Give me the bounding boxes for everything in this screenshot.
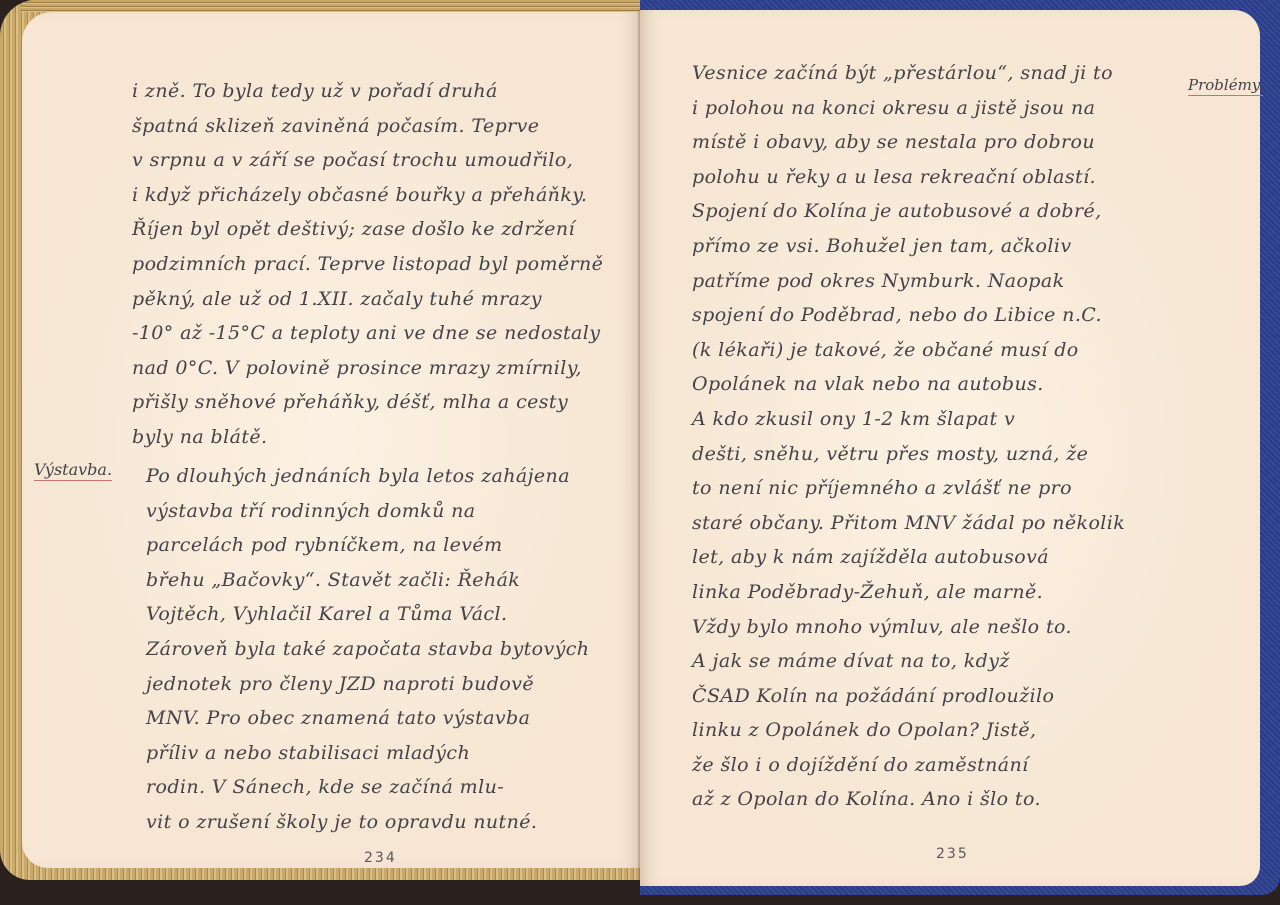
text-line: i polohou na konci okresu a jistě jsou n…	[692, 91, 1125, 126]
text-line: až z Opolan do Kolína. Ano i šlo to.	[692, 782, 1125, 817]
page-number-left: 234	[364, 850, 397, 866]
text-line: staré občany. Přitom MNV žádal po několi…	[692, 506, 1125, 541]
left-page-text-part2: Po dlouhých jednáních byla letos zahájen…	[146, 459, 589, 840]
text-line: nad 0°C. V polovině prosince mrazy zmírn…	[132, 351, 603, 386]
text-line: MNV. Pro obec znamená tato výstavba	[146, 701, 589, 736]
text-line: Vždy bylo mnoho výmluv, ale nešlo to.	[692, 610, 1125, 645]
right-page-text: Vesnice začíná být „přestárlou“, snad ji…	[692, 56, 1125, 817]
text-line: to není nic příjemného a zvlášť ne pro	[692, 471, 1125, 506]
text-line: pěkný, ale už od 1.XII. začaly tuhé mraz…	[132, 282, 603, 317]
text-line: vit o zrušení školy je to opravdu nutné.	[146, 805, 589, 840]
text-line: že šlo i o dojíždění do zaměstnání	[692, 748, 1125, 783]
text-line: rodin. V Sánech, kde se začíná mlu-	[146, 770, 589, 805]
text-line: Vesnice začíná být „přestárlou“, snad ji…	[692, 56, 1125, 91]
text-line: linku z Opolánek do Opolan? Jistě,	[692, 713, 1125, 748]
text-line: přišly sněhové přeháňky, déšť, mlha a ce…	[132, 385, 603, 420]
text-line: i zně. To byla tedy už v pořadí druhá	[132, 74, 603, 109]
book-gutter	[638, 10, 640, 880]
text-line: Vojtěch, Vyhlačil Karel a Tůma Václ.	[146, 597, 589, 632]
text-line: v srpnu a v září se počasí trochu umoudř…	[132, 143, 603, 178]
text-line: linka Poděbrady-Žehuň, ale marně.	[692, 575, 1125, 610]
left-page: i zně. To byla tedy už v pořadí druhá šp…	[22, 12, 640, 868]
text-line: jednotek pro členy JZD naproti budově	[146, 667, 589, 702]
right-page: Problémy. Vesnice začíná být „přestárlou…	[640, 10, 1260, 886]
margin-heading-vystavba: Výstavba.	[34, 460, 112, 481]
text-line: byly na blátě.	[132, 420, 603, 455]
page-number-right: 235	[936, 846, 969, 862]
text-line: Po dlouhých jednáních byla letos zahájen…	[146, 459, 589, 494]
text-line: Opolánek na vlak nebo na autobus.	[692, 367, 1125, 402]
text-line: přímo ze vsi. Bohužel jen tam, ačkoliv	[692, 229, 1125, 264]
text-line: příliv a nebo stabilisaci mladých	[146, 736, 589, 771]
text-line: i když přicházely občasné bouřky a přehá…	[132, 178, 603, 213]
text-line: -10° až -15°C a teploty ani ve dne se ne…	[132, 316, 603, 351]
margin-heading-problemy: Problémy.	[1188, 76, 1263, 96]
text-line: místě i obavy, aby se nestala pro dobrou	[692, 125, 1125, 160]
text-line: Spojení do Kolína je autobusové a dobré,	[692, 194, 1125, 229]
text-line: A kdo zkusil ony 1-2 km šlapat v	[692, 402, 1125, 437]
text-line: polohu u řeky a u lesa rekreační oblastí…	[692, 160, 1125, 195]
text-line: patříme pod okres Nymburk. Naopak	[692, 264, 1125, 299]
gilded-top-edge	[20, 0, 640, 12]
text-line: (k lékaři) je takové, že občané musí do	[692, 333, 1125, 368]
text-line: spojení do Poděbrad, nebo do Libice n.C.	[692, 298, 1125, 333]
text-line: břehu „Bačovky“. Stavět začli: Řehák	[146, 563, 589, 598]
text-line: špatná sklizeň zaviněná počasím. Teprve	[132, 109, 603, 144]
text-line: let, aby k nám zajížděla autobusová	[692, 540, 1125, 575]
open-notebook-scene: i zně. To byla tedy už v pořadí druhá šp…	[0, 0, 1280, 905]
text-line: podzimních prací. Teprve listopad byl po…	[132, 247, 603, 282]
text-line: parcelách pod rybníčkem, na levém	[146, 528, 589, 563]
text-line: A jak se máme dívat na to, když	[692, 644, 1125, 679]
text-line: výstavba tří rodinných domků na	[146, 494, 589, 529]
left-page-text-part1: i zně. To byla tedy už v pořadí druhá šp…	[132, 74, 603, 455]
text-line: dešti, sněhu, větru přes mosty, uzná, že	[692, 437, 1125, 472]
text-line: Zároveň byla také započata stavba bytový…	[146, 632, 589, 667]
text-line: ČSAD Kolín na požádání prodloužilo	[692, 679, 1125, 714]
text-line: Říjen byl opět deštivý; zase došlo ke zd…	[132, 212, 603, 247]
